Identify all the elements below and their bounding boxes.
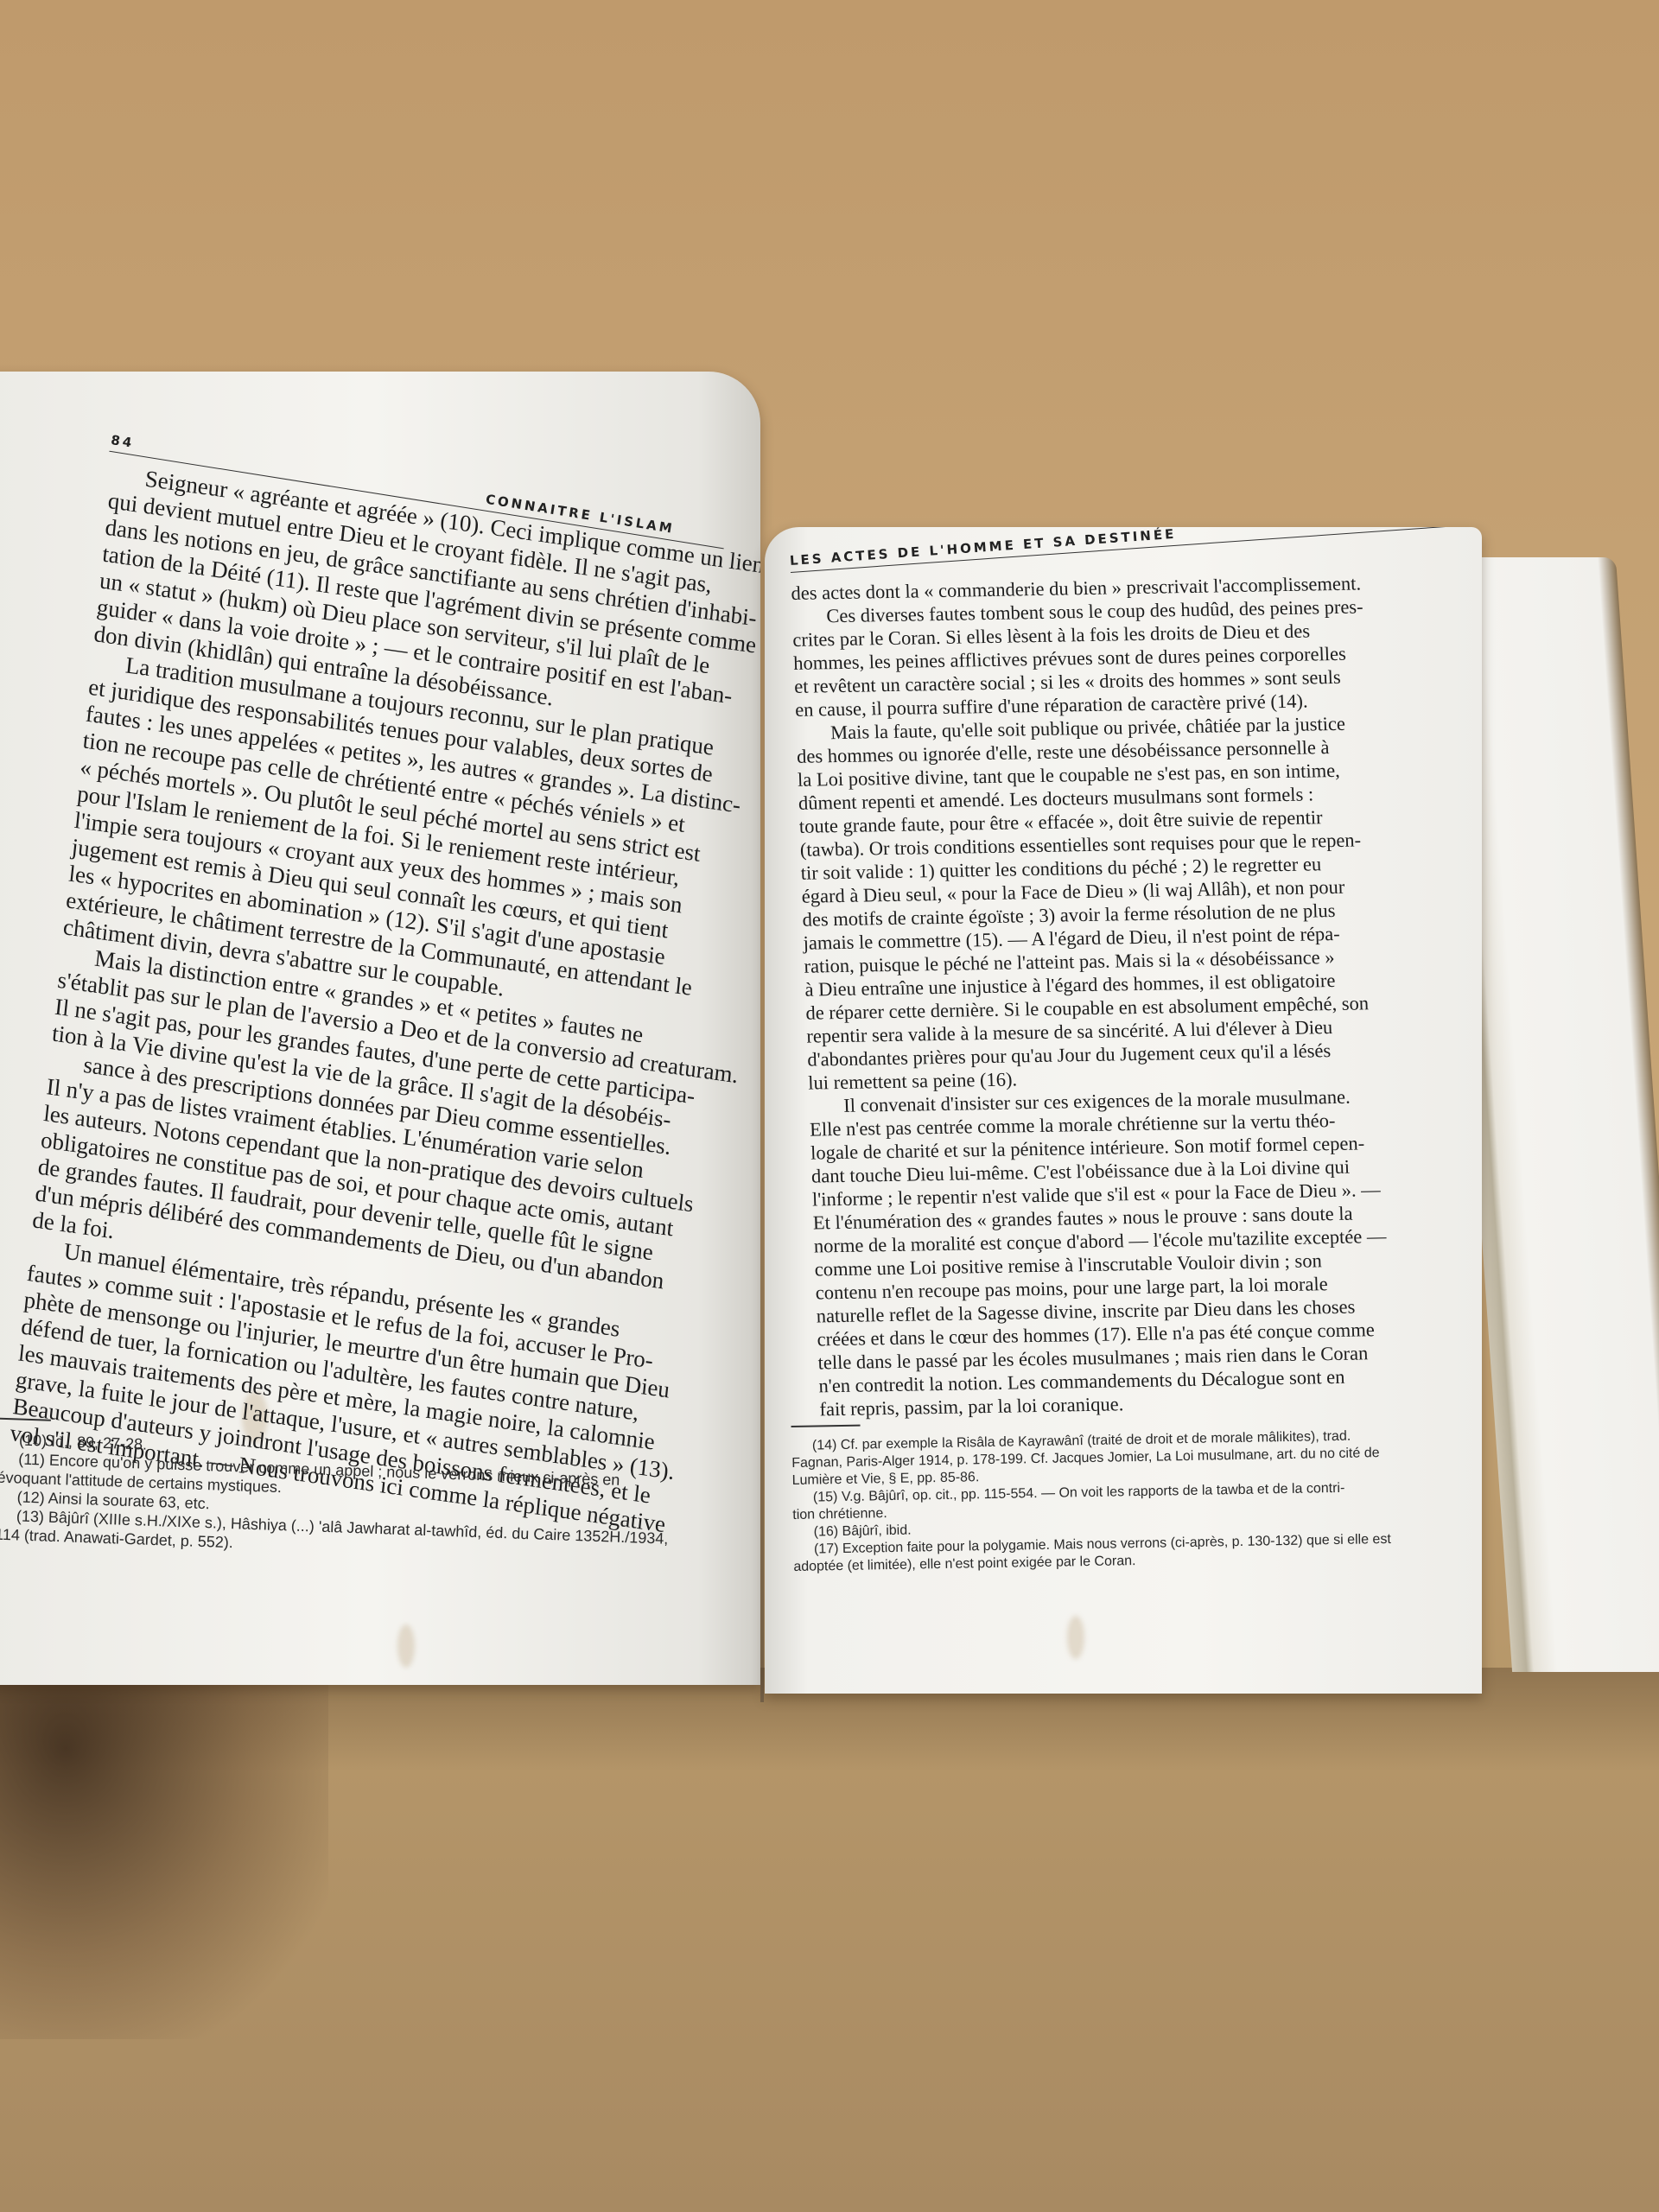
footnote-rule (791, 1425, 861, 1427)
page-number: 84 (110, 432, 135, 451)
foxing-stain (1067, 1616, 1084, 1659)
left-page-content: 84 CONNAITRE L'ISLAM Seigneur « agréante… (112, 432, 734, 1452)
running-head-title: LES ACTES DE L'HOMME ET SA DESTINÉE (789, 527, 1177, 569)
table-shadow (0, 1676, 328, 2039)
right-running-head: LES ACTES DE L'HOMME ET SA DESTINÉE 85 (789, 527, 1446, 573)
left-footnotes: (10) Id., 89, 27-28.(11) Encore qu'on y … (0, 1391, 760, 1570)
left-footnote-list: (10) Id., 89, 27-28.(11) Encore qu'on y … (0, 1429, 759, 1570)
right-body-text: des actes dont la « commanderie du bien … (791, 569, 1482, 1421)
right-page-content: LES ACTES DE L'HOMME ET SA DESTINÉE 85 d… (791, 553, 1465, 1421)
book-spine (760, 950, 764, 1702)
right-footnotes: (14) Cf. par exemple la Risâla de Kayraw… (791, 1388, 1467, 1576)
foxing-stain (397, 1624, 415, 1668)
left-body-text: Seigneur « agréante et agréée » (10). Ce… (9, 461, 728, 1533)
left-page: 84 CONNAITRE L'ISLAM Seigneur « agréante… (0, 372, 760, 1685)
footnote-rule (0, 1417, 51, 1421)
right-page: LES ACTES DE L'HOMME ET SA DESTINÉE 85 d… (765, 527, 1482, 1694)
right-footnote-list: (14) Cf. par exemple la Risâla de Kayraw… (791, 1426, 1468, 1576)
